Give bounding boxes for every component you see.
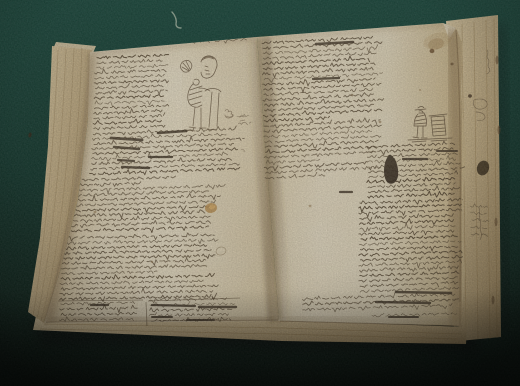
screenshot-root xyxy=(0,0,520,386)
vignette-overlay xyxy=(0,0,520,386)
manuscript-photo xyxy=(0,0,520,386)
bottom-falloff xyxy=(0,290,520,386)
